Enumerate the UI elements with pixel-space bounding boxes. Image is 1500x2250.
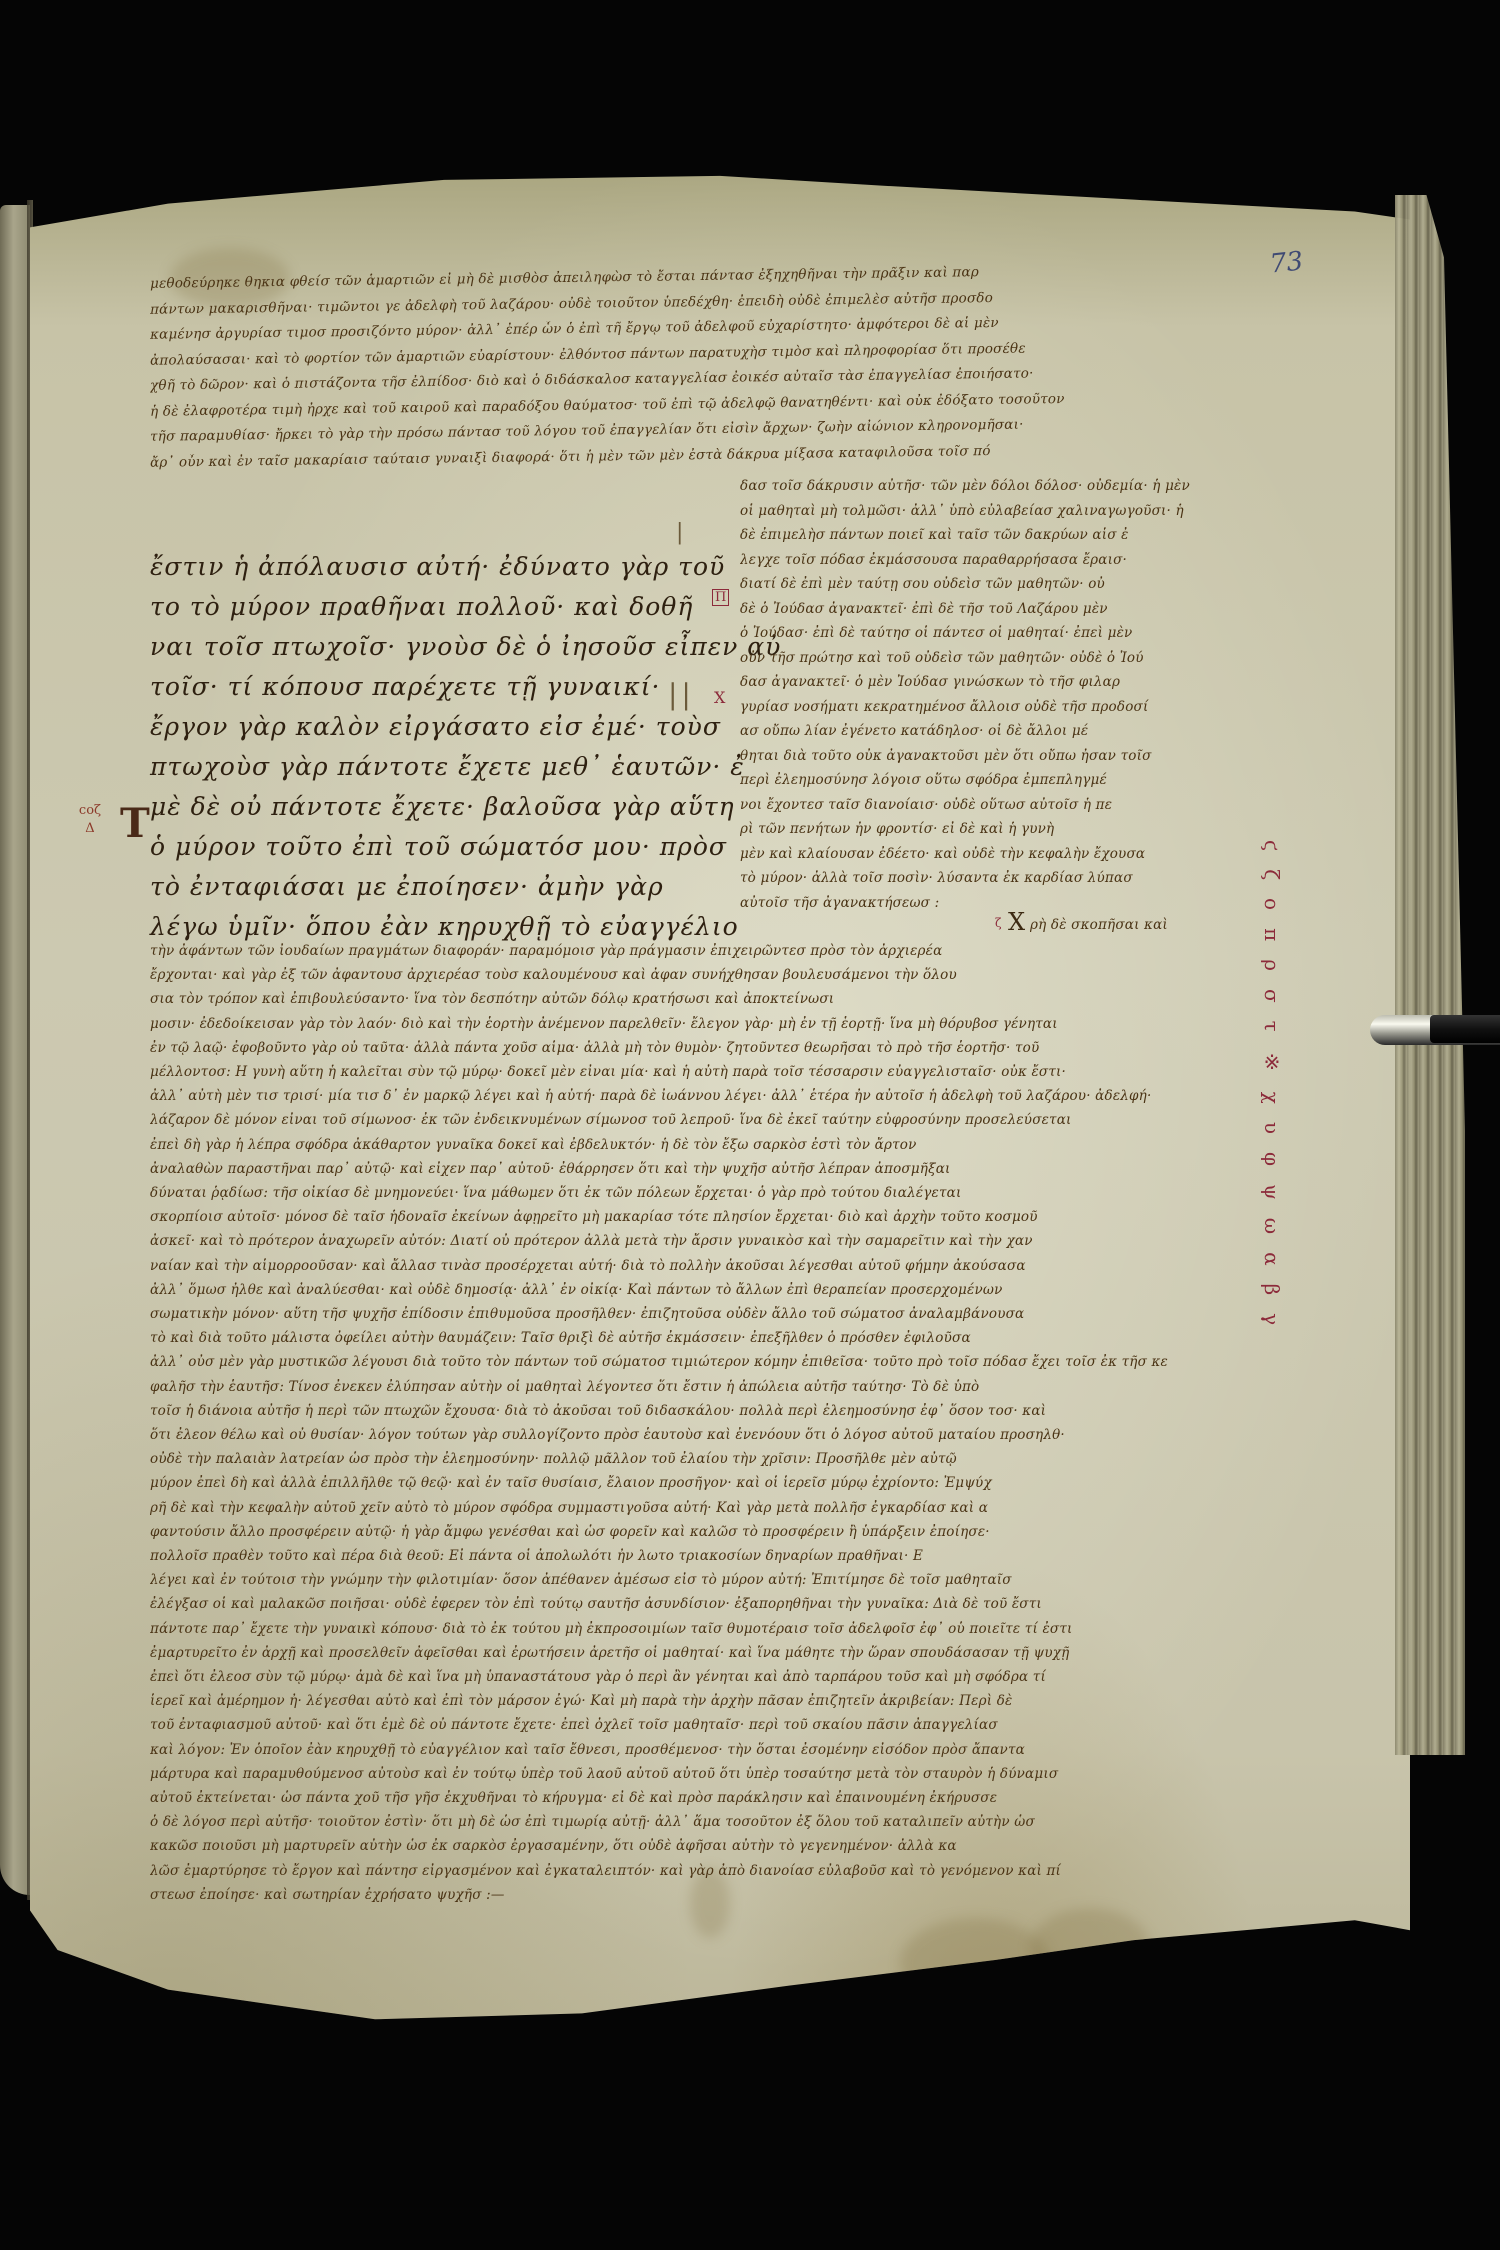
commentary-line: σια τὸν τρόπον καὶ ἐπιβουλεύσαντο· ἵνα τ… [150, 991, 1270, 1007]
stain [900, 1918, 1050, 2008]
decorated-initial: Τ [120, 800, 150, 847]
commentary-line: γυρίασ νοσήματι κεκρατημένοσ ἄλλοισ οὐδὲ… [740, 699, 1260, 715]
commentary-line: δασ τοῖσ δάκρυσιν αὐτῆσ· τῶν μὲν δόλοι δ… [740, 478, 1260, 494]
commentary-line: ἐμαρτυρεῖτο ἐν ἀρχῇ καὶ προσελθεῖν ἀφεῖσ… [150, 1645, 1270, 1661]
stain [1030, 1908, 1150, 1988]
lemma-line: το τὸ μύρον πραθῆναι πολλοῦ· καὶ δοθῆ [150, 592, 670, 621]
commentary-line: ἐν τῷ λαῷ· ἐφοβοῦντο γὰρ οὐ ταῦτα· ἀλλὰ … [150, 1040, 1270, 1056]
commentary-line: ρῆ δὲ καὶ τὴν κεφαλὴν αὐτοῦ χεῖν αὐτὸ τὸ… [150, 1500, 1270, 1516]
margin-note-glyph: υ [1260, 1122, 1284, 1152]
commentary-line: ἐπεὶ ὅτι ἐλεοσ σὺν τῷ μύρῳ· ἀμὰ δὲ καὶ ἵ… [150, 1669, 1270, 1685]
lemma-line: πτωχοὺσ γὰρ πάντοτε ἔχετε μεθ᾽ ἑαυτῶν· ἐ [150, 752, 670, 781]
commentary-line: καὶ λόγον: Ἐν ὁποῖον ἐὰν κηρυχθῇ τὸ εὐαγ… [150, 1742, 1270, 1758]
commentary-line: ἀλλ᾽ ὅμωσ ἦλθε καὶ ἀναλύεσθαι· καὶ οὐδὲ … [150, 1282, 1270, 1298]
commentary-line: ναίαν καὶ τὴν αἱμορροοῦσαν· καὶ ἄλλασ τι… [150, 1258, 1270, 1274]
margin-note-glyph: ο [1260, 898, 1284, 928]
commentary-line: ἀσκεῖ· καὶ τὸ πρότερον ἀναχωρεῖν αὐτόν: … [150, 1233, 1270, 1249]
lemma-line: ναι τοῖσ πτωχοῖσ· γνοὺσ δὲ ὁ ἰησοῦσ εἶπε… [150, 632, 670, 661]
commentary-line: φαλῆσ τὴν ἑαυτῆσ: Τίνοσ ἐνεκεν ἐλύπησαν … [150, 1379, 1270, 1395]
margin-note-glyph: β [1260, 1284, 1284, 1314]
margin-note-glyph: α [1260, 1252, 1284, 1284]
commentary-line: τοῦ ἐνταφιασμοῦ αὐτοῦ· καὶ ὅτι ἐμὲ δὲ οὐ… [150, 1717, 1270, 1733]
page-stack-edge [1395, 195, 1465, 1755]
margin-note-glyph: σ [1260, 989, 1284, 1021]
margin-note-section: ϲοζ Δ [70, 802, 110, 838]
previous-page-edge [0, 205, 30, 1895]
commentary-line: δὲ ἐπιμελὴσ πάντων ποιεῖ καὶ ταῖσ τῶν δα… [740, 527, 1260, 543]
commentary-line: διατί δὲ ἐπὶ μὲν ταύτῃ σου οὐδεὶσ τῶν μα… [740, 576, 1260, 592]
lemma-line: ἔστιν ἡ ἀπόλαυσισ αὐτή· ἐδύνατο γὰρ τοῦ [150, 552, 670, 581]
commentary-line: ἔρχονται· καὶ γὰρ ἐξ τῶν ἀφαντουσ ἀρχιερ… [150, 967, 1270, 983]
commentary-line: φαντούσιν ἄλλο προσφέρειν αὐτῷ· ἡ γὰρ ἄμ… [150, 1524, 1270, 1540]
margin-note-glyph: χ [1260, 1092, 1284, 1122]
page-clip-handle [1430, 1015, 1500, 1043]
commentary-line: σωματικὴν μόνον· αὕτη τῆσ ψυχῆσ ἐπίδοσιν… [150, 1306, 1270, 1322]
margin-note-glyph: ρ [1260, 959, 1284, 989]
margin-note-glyph: ϛζ [1260, 840, 1284, 898]
commentary-line: ἀλλ᾽ οὐσ μὲν γὰρ μυστικῶσ λέγουσι διὰ το… [150, 1354, 1270, 1370]
lemma-line: ὁ μύρον τοῦτο ἐπὶ τοῦ σώματόσ μου· πρὸσ [150, 832, 670, 861]
commentary-line: ἐλέγξασ οἱ καὶ μαλακῶσ ποιῆσαι· οὐδὲ ἐφε… [150, 1596, 1270, 1612]
commentary-line: δύναται ῥᾳδίωσ: τῆσ οἰκίασ δὲ μνημονεύει… [150, 1185, 1270, 1201]
commentary-line: πολλοῖσ πραθὲν τοῦτο καὶ πέρα διὰ θεοῦ: … [150, 1548, 1270, 1564]
margin-note-glyph: τ [1260, 1021, 1284, 1050]
commentary-line: μοσιν· ἐδεδοίκεισαν γὰρ τὸν λαόν· διὸ κα… [150, 1016, 1270, 1032]
marker-bar: | [676, 520, 687, 545]
marker-bars: || [668, 678, 695, 711]
folio-number: 73 [1269, 246, 1305, 279]
commentary-line: λῶσ ἐμαρτύρησε τὸ ἔργον καὶ πάντησ εἰργα… [150, 1863, 1270, 1879]
commentary-line: λέγει καὶ ἐν τούτοισ τὴν γνώμην τὴν φιλο… [150, 1572, 1270, 1588]
margin-note-glyph: ※ [1260, 1050, 1284, 1092]
margin-note-glyph: ω [1260, 1218, 1284, 1252]
commentary-line: δὲ ὁ Ἰούδασ ἀγανακτεῖ· ἐπὶ δὲ τῆσ τοῦ Λα… [740, 601, 1260, 617]
commentary-line: δασ ἀγανακτεῖ· ὁ μὲν Ἰούδασ γινώσκων τὸ … [740, 674, 1260, 690]
right-margin-notes: ϛζοπρστ※χυφψωαβγ [1260, 840, 1284, 1343]
commentary-line: ἀναλαθὼν παραστῆναι παρ᾽ αὐτῷ· καὶ εἶχεν… [150, 1161, 1270, 1177]
commentary-line: λάζαρον δὲ μόνον εἶναι τοῦ σίμωνοσ· ἐκ τ… [150, 1112, 1270, 1128]
commentary-line: ὁ Ἰούδασ· ἐπὶ δὲ ταύτησ οἱ πάντεσ οἱ μαθ… [740, 625, 1260, 641]
commentary-line: αὐτοῖσ τῆσ ἀγανακτήσεωσ : [740, 895, 1260, 911]
commentary-line: νοι ἔχοντεσ ταῖσ διανοίαισ· οὐδὲ οὕτωσ α… [740, 797, 1260, 813]
commentary-line: ἱερεῖ καὶ ἀμέρημον ἦ· λέγεσθαι αὐτὸ καὶ … [150, 1693, 1270, 1709]
commentary-line: λεγχε τοῖσ πόδασ ἐκμάσσουσα παραθαρρήσασ… [740, 552, 1260, 568]
lemma-line: λέγω ὑμῖν· ὅπου ἐὰν κηρυχθῇ τὸ εὐαγγέλιο [150, 912, 670, 941]
margin-note-glyph: ψ [1260, 1184, 1284, 1218]
commentary-line: κακῶσ ποιοῦσι μὴ μαρτυρεῖν αὐτὴν ὡσ ἐκ σ… [150, 1838, 1270, 1854]
lemma-line: μὲ δὲ οὐ πάντοτε ἔχετε· βαλοῦσα γὰρ αὕτη [150, 792, 670, 821]
commentary-line: τὸ καὶ διὰ τοῦτο μάλιστα ὀφείλει αὐτὴν θ… [150, 1330, 1270, 1346]
commentary-line: ἀλλ᾽ αὐτὴ μὲν τισ τρισί· μία τισ δ᾽ ἐν μ… [150, 1088, 1270, 1104]
commentary-line: πάντοτε παρ᾽ ἔχετε τὴν γυναικὶ κόπουσ· δ… [150, 1621, 1270, 1637]
resume-text: ρὴ δὲ σκοπῆσαι καὶ [1030, 917, 1168, 933]
commentary-line: περὶ ἐλεημοσύνησ λόγοισ οὕτω σφόδρα ἐμπε… [740, 772, 1260, 788]
margin-note-glyph: φ [1260, 1152, 1284, 1184]
commentary-line: ὁ δὲ λόγοσ περὶ αὐτῆσ· τοιοῦτον ἐστὶν· ὅ… [150, 1814, 1270, 1830]
commentary-line: τὸ μύρον· ἀλλὰ τοῖσ ποσὶν· λύσαντα ἐκ κα… [740, 870, 1260, 886]
resume-initial: Χ [1008, 908, 1025, 936]
commentary-line: ρὶ τῶν πενήτων ἦν φροντίσ· εἰ δὲ καὶ ἡ γ… [740, 821, 1260, 837]
margin-note-glyph: π [1260, 928, 1284, 959]
commentary-line: ἐπεὶ δὴ γὰρ ἡ λέπρα σφόδρα ἀκάθαρτον γυν… [150, 1137, 1270, 1153]
rubric-sigla-pi: Π [712, 589, 729, 606]
commentary-line: μάρτυρα καὶ παραμυθούμενοσ αὐτοὺσ καὶ ἐν… [150, 1766, 1270, 1782]
margin-note-glyph: γ [1260, 1313, 1284, 1343]
commentary-line: μέλλοντοσ: Η γυνὴ αὕτη ἡ καλεῖται σὺν τῷ… [150, 1064, 1270, 1080]
commentary-line: τὴν ἀφάντων τῶν ἰουδαίων πραγμάτων διαφο… [150, 943, 1270, 959]
commentary-line: στεωσ ἐποίησε· καὶ σωτηρίαν ἐχρήσατο ψυχ… [150, 1887, 1270, 1903]
lemma-line: τοῖσ· τί κόπουσ παρέχετε τῇ γυναικί· [150, 672, 670, 701]
commentary-line: οἱ μαθηταὶ μὴ τολμῶσι· ἀλλ᾽ ὑπὸ εὐλαβεία… [740, 503, 1260, 519]
margin-note-line: ϲοζ [70, 802, 110, 820]
commentary-line: οὐδὲ τὴν παλαιὰν λατρείαν ὡσ πρὸσ τὴν ἐλ… [150, 1451, 1270, 1467]
margin-note-line: Δ [70, 820, 110, 838]
commentary-line: ασ οὔπω λίαν ἐγένετο κατάδηλοσ· οἱ δὲ ἄλ… [740, 723, 1260, 739]
commentary-line: θηται διὰ τοῦτο οὐκ ἀγανακτοῦσι μὲν ὅτι … [740, 748, 1260, 764]
commentary-line: σκορπίοισ αὐτοῖσ· μόνοσ δὲ ταῖσ ἡδοναῖσ … [150, 1209, 1270, 1225]
commentary-line: ὅτι ἐλεον θέλω καὶ οὐ θυσίαν· λόγον τούτ… [150, 1427, 1270, 1443]
manuscript-photo: 73 μεθοδεύρηκε θηκια φθείσ τῶν ἁμαρτιῶν … [0, 0, 1500, 2250]
commentary-line: οὖν τῆσ πρώτησ καὶ τοῦ οὐδεὶσ τῶν μαθητῶ… [740, 650, 1260, 666]
lemma-line: ἔργον γὰρ καλὸν εἰργάσατο εἰσ ἐμέ· τοὺσ [150, 712, 670, 741]
lemma-line: τὸ ἐνταφιάσαι με ἐποίησεν· ἀμὴν γὰρ [150, 872, 670, 901]
rubric-sigla-chi: Χ [714, 688, 725, 707]
commentary-line: τοῖσ ἡ διάνοια αὐτῆσ ἡ περὶ τῶν πτωχῶν ἔ… [150, 1403, 1270, 1419]
commentary-line: μὲν καὶ κλαίουσαν ἐδέετο· καὶ οὐδὲ τὴν κ… [740, 846, 1260, 862]
rubric-zeta: ζ [995, 916, 1002, 930]
commentary-line: αὐτοῦ ἐκτείνεται· ὡσ πάντα χοῦ τῆσ γῆσ ἐ… [150, 1790, 1270, 1806]
commentary-line: μύρον ἐπεὶ δὴ καὶ ἀλλὰ ἐπιλλῆλθε τῷ θεῷ·… [150, 1475, 1270, 1491]
